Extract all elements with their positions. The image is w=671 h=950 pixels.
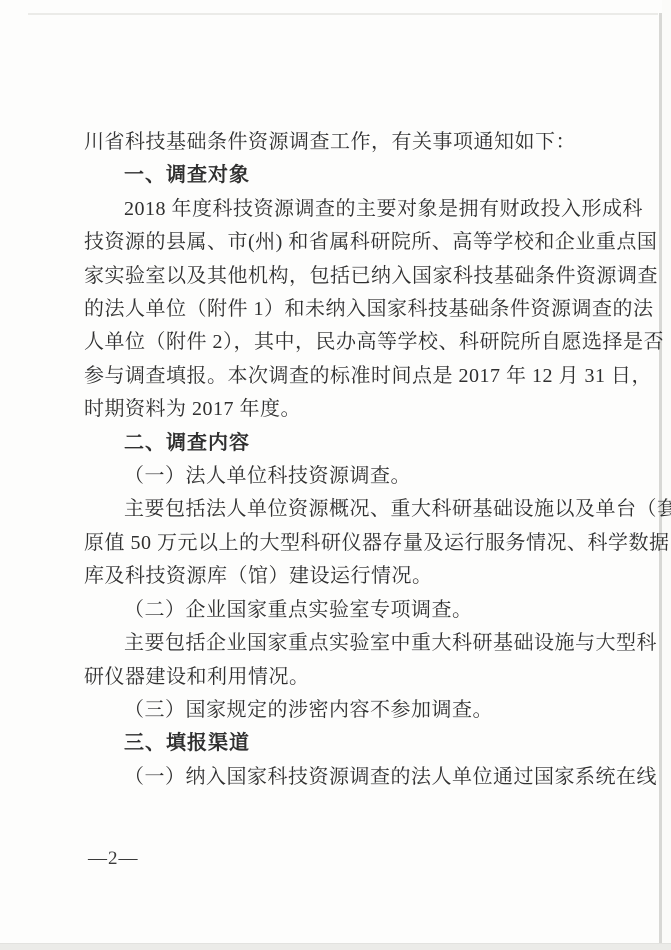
text-line: 主要包括企业国家重点实验室中重大科研基础设施与大型科 <box>84 627 588 660</box>
scan-edge-top <box>28 13 658 15</box>
section-heading-1: 一、调查对象 <box>84 159 588 192</box>
text-line: 2018 年度科技资源调查的主要对象是拥有财政投入形成科 <box>84 193 588 226</box>
text-line: 库及科技资源库（馆）建设运行情况。 <box>84 560 588 593</box>
text-line: 技资源的县属、市(州) 和省属科研院所、高等学校和企业重点国 <box>84 226 588 259</box>
document-body: 川省科技基础条件资源调查工作，有关事项通知如下： 一、调查对象 2018 年度科… <box>84 126 588 794</box>
page-number: —2— <box>88 848 139 870</box>
sub-item-line: （一）纳入国家科技资源调查的法人单位通过国家系统在线 <box>84 761 588 794</box>
text-line: 原值 50 万元以上的大型科研仪器存量及运行服务情况、科学数据 <box>84 527 588 560</box>
text-line: 主要包括法人单位资源概况、重大科研基础设施以及单台（套） <box>84 493 588 526</box>
text-line: 家实验室以及其他机构，包括已纳入国家科技基础条件资源调查 <box>84 260 588 293</box>
scanned-document-page: 川省科技基础条件资源调查工作，有关事项通知如下： 一、调查对象 2018 年度科… <box>0 0 671 950</box>
sub-item-line: （二）企业国家重点实验室专项调查。 <box>84 594 588 627</box>
scan-edge-bottom <box>0 943 671 950</box>
sub-item-line: （三）国家规定的涉密内容不参加调查。 <box>84 694 588 727</box>
section-heading-2: 二、调查内容 <box>84 427 588 460</box>
text-line: 的法人单位（附件 1）和未纳入国家科技基础条件资源调查的法 <box>84 293 588 326</box>
scan-right-margin <box>662 0 671 950</box>
text-line: 参与调查填报。本次调查的标准时间点是 2017 年 12 月 31 日， <box>84 360 588 393</box>
text-line: 人单位（附件 2），其中，民办高等学校、科研院所自愿选择是否 <box>84 326 588 359</box>
text-line: 研仪器建设和利用情况。 <box>84 661 588 694</box>
section-heading-3: 三、填报渠道 <box>84 727 588 760</box>
sub-item-line: （一）法人单位科技资源调查。 <box>84 460 588 493</box>
text-line: 川省科技基础条件资源调查工作，有关事项通知如下： <box>84 126 588 159</box>
text-line: 时期资料为 2017 年度。 <box>84 393 588 426</box>
scan-edge-right <box>659 13 662 945</box>
